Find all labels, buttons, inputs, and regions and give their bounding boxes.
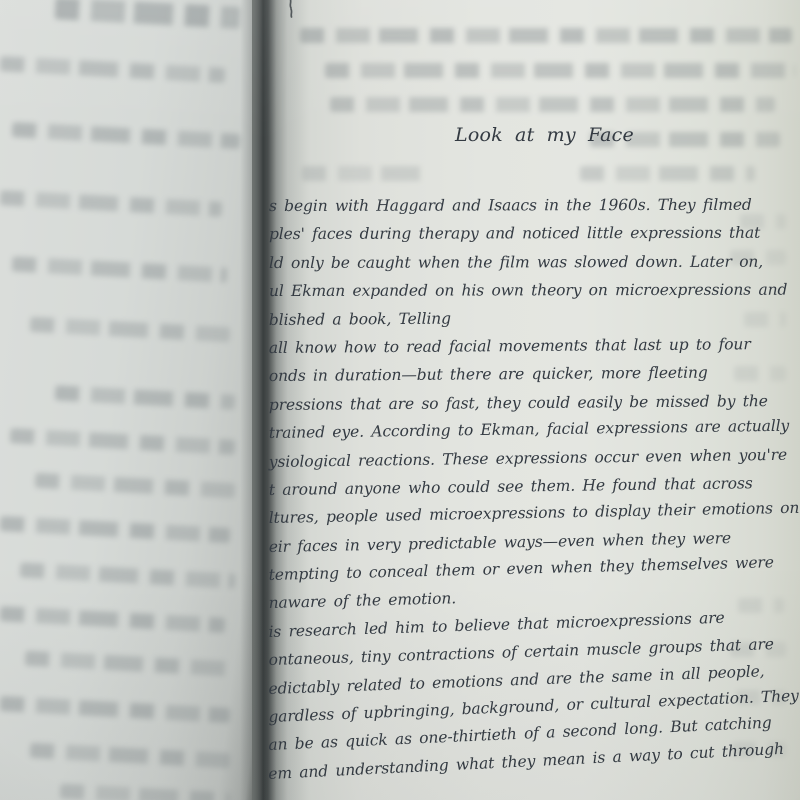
body-line: onds in duration—but there are quicker, … — [269, 358, 789, 390]
body-line: ples' faces during therapy and noticed l… — [269, 219, 789, 249]
open-book-photo: Look at my Face s begin with Haggard and… — [0, 0, 800, 800]
bleedthrough-line — [12, 256, 227, 282]
bleedthrough-line — [35, 473, 236, 498]
body-line: all know how to read facial movements th… — [269, 330, 789, 362]
bleedthrough-line — [0, 516, 230, 543]
bleedthrough-line — [10, 428, 235, 455]
bleedthrough-line — [0, 56, 225, 83]
chapter-title: Look at my Face — [455, 124, 634, 146]
bleedthrough-line — [325, 63, 795, 78]
body-line: ul Ekman expanded on his own theory on m… — [269, 276, 789, 306]
bleedthrough-line — [55, 0, 241, 29]
body-line: ld only be caught when the film was slow… — [269, 247, 789, 277]
bleedthrough-line — [0, 606, 225, 633]
bleedthrough-line — [0, 190, 222, 217]
body-line: s begin with Haggard and Isaacs in the 1… — [269, 191, 789, 221]
bleedthrough-line — [12, 122, 240, 149]
bleedthrough-line — [60, 784, 231, 800]
body-text: s begin with Haggard and Isaacs in the 1… — [269, 192, 789, 788]
bleedthrough-line — [30, 317, 231, 342]
bleedthrough-line — [25, 651, 231, 677]
bleedthrough-line — [20, 562, 235, 588]
left-page — [0, 0, 252, 800]
ink-mark — [283, 0, 299, 20]
bleedthrough-line — [55, 385, 236, 409]
bleedthrough-line — [302, 166, 432, 181]
bleedthrough-line — [300, 28, 792, 43]
body-line: blished a book, Telling — [269, 301, 789, 333]
bleedthrough-line — [330, 97, 775, 112]
bleedthrough-line — [0, 696, 230, 723]
bleedthrough-line — [30, 743, 231, 768]
bleedthrough-line — [580, 166, 755, 181]
